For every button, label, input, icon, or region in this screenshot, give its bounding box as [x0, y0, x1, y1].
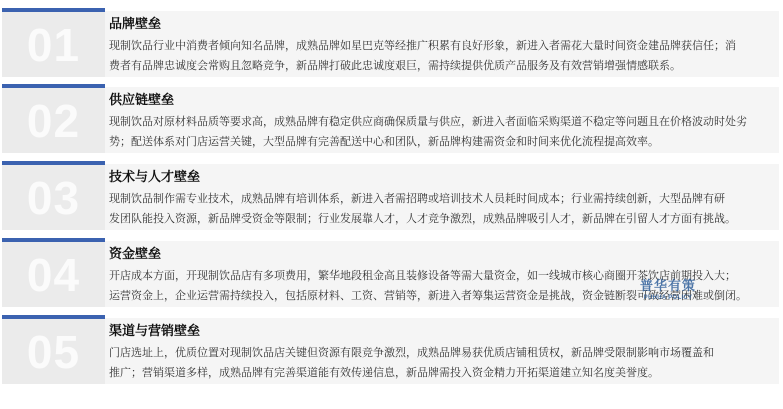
- number-column: 01: [2, 8, 105, 80]
- content-panel: 品牌壁垒 现制饮品行业中消费者倾向知名品牌，成熟品牌如星巴克等经推广积累有良好形…: [105, 11, 779, 77]
- number-box: 03: [2, 165, 105, 230]
- description-line: 现制饮品制作需专业技术，成熟品牌有培训体系，新进入者需招聘或培训技术人员耗时间成…: [109, 189, 777, 209]
- description-line: 运营资金上，企业运营需持续投入，包括原材料、工资、营销等，新进入者筹集运营资金是…: [109, 286, 777, 306]
- block-number: 01: [27, 22, 80, 68]
- number-box: 02: [2, 88, 105, 153]
- number-column: 02: [2, 84, 105, 156]
- description-line: 势；配送体系对门店运营关键，大型品牌有完善配送中心和团队，新品牌构建需资金和时间…: [109, 132, 777, 152]
- description-line: 门店选址上，优质位置对现制饮品店关键但资源有限竞争激烈，成熟品牌易获优质店铺租赁…: [109, 343, 777, 363]
- block-description: 现制饮品行业中消费者倾向知名品牌，成熟品牌如星巴克等经推广积累有良好形象，新进入…: [109, 36, 777, 76]
- number-column: 03: [2, 161, 105, 233]
- block-description: 门店选址上，优质位置对现制饮品店关键但资源有限竞争激烈，成熟品牌易获优质店铺租赁…: [109, 343, 777, 383]
- description-line: 费者有品牌忠诚度会常购且忽略竞争，新品牌打破此忠诚度艰巨，需持续提供优质产品服务…: [109, 56, 777, 76]
- description-line: 开店成本方面，开现制饮品店有多项费用，繁华地段租金高且装修设备等需大量资金，如一…: [109, 266, 777, 286]
- number-box: 01: [2, 12, 105, 77]
- barrier-block-supply-chain: 02 供应链壁垒 现制饮品对原材料品质等要求高，成熟品牌有稳定供应商确保质量与供…: [2, 84, 779, 156]
- block-title: 渠道与营销壁垒: [109, 324, 200, 340]
- content-panel: 技术与人才壁垒 现制饮品制作需专业技术，成熟品牌有培训体系，新进入者需招聘或培训…: [105, 164, 779, 230]
- block-description: 现制饮品对原材料品质等要求高，成熟品牌有稳定供应商确保质量与供应，新进入者面临采…: [109, 112, 777, 152]
- description-line: 现制饮品行业中消费者倾向知名品牌，成熟品牌如星巴克等经推广积累有良好形象，新进入…: [109, 36, 777, 56]
- barrier-block-brand: 01 品牌壁垒 现制饮品行业中消费者倾向知名品牌，成熟品牌如星巴克等经推广积累有…: [2, 8, 779, 80]
- block-title: 资金壁垒: [109, 247, 161, 263]
- number-box: 05: [2, 319, 105, 384]
- number-box: 04: [2, 242, 105, 307]
- content-panel: 资金壁垒 开店成本方面，开现制饮品店有多项费用，繁华地段租金高且装修设备等需大量…: [105, 241, 779, 307]
- content-panel: 供应链壁垒 现制饮品对原材料品质等要求高，成熟品牌有稳定供应商确保质量与供应，新…: [105, 87, 779, 153]
- block-number: 05: [27, 329, 80, 375]
- block-title: 技术与人才壁垒: [109, 170, 200, 186]
- block-number: 02: [27, 98, 80, 144]
- block-number: 03: [27, 175, 80, 221]
- number-column: 05: [2, 315, 105, 387]
- description-line: 现制饮品对原材料品质等要求高，成熟品牌有稳定供应商确保质量与供应，新进入者面临采…: [109, 112, 777, 132]
- barrier-block-tech-talent: 03 技术与人才壁垒 现制饮品制作需专业技术，成熟品牌有培训体系，新进入者需招聘…: [2, 161, 779, 233]
- block-title: 品牌壁垒: [109, 17, 161, 33]
- block-title: 供应链壁垒: [109, 93, 174, 109]
- number-column: 04: [2, 238, 105, 310]
- description-line: 发团队能投入资源，新品牌受资金等限制；行业发展靠人才，人才竞争激烈，成熟品牌吸引…: [109, 209, 777, 229]
- description-line: 推广；营销渠道多样，成熟品牌有完善渠道能有效传递信息，新品牌需投入资金精力开拓渠…: [109, 363, 777, 383]
- content-panel: 渠道与营销壁垒 门店选址上，优质位置对现制饮品店关键但资源有限竞争激烈，成熟品牌…: [105, 318, 779, 384]
- block-description: 开店成本方面，开现制饮品店有多项费用，繁华地段租金高且装修设备等需大量资金，如一…: [109, 266, 777, 306]
- barrier-block-capital: 04 资金壁垒 开店成本方面，开现制饮品店有多项费用，繁华地段租金高且装修设备等…: [2, 238, 779, 310]
- block-number: 04: [27, 252, 80, 298]
- block-description: 现制饮品制作需专业技术，成熟品牌有培训体系，新进入者需招聘或培训技术人员耗时间成…: [109, 189, 777, 229]
- barrier-block-channel-marketing: 05 渠道与营销壁垒 门店选址上，优质位置对现制饮品店关键但资源有限竞争激烈，成…: [2, 315, 779, 387]
